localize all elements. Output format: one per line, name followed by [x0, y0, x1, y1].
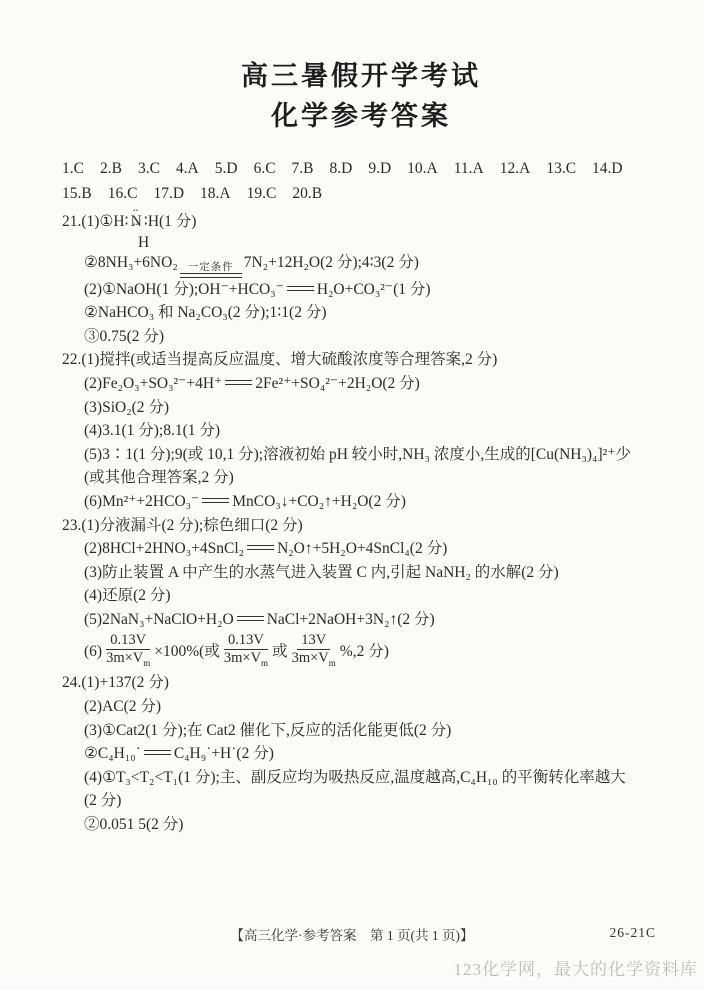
- double-line-equals-icon: [144, 750, 171, 755]
- mc-answer: 19.C: [247, 185, 277, 203]
- equation-right: 2Fe²⁺+SO₄²⁻+2H₂O(2 分): [255, 375, 420, 392]
- double-line-equals-icon: [247, 545, 274, 550]
- numerator: 0.13V: [106, 632, 150, 650]
- equation-left: (2)①NaOH(1 分);OH⁻+HCO₃⁻: [84, 281, 284, 298]
- fraction-connector: ×100%(或: [154, 640, 220, 664]
- mc-answer: 15.B: [62, 185, 92, 203]
- mc-row-2: 15.B 16.C 17.D 18.A 19.C 20.B: [62, 185, 660, 203]
- q22-line-5b: (或其他合理答案,2 分): [62, 466, 660, 490]
- q21-line-5: ③0.75(2 分): [62, 325, 660, 349]
- mc-answer: 16.C: [108, 185, 138, 203]
- site-watermark: 123化学网，最大的化学资料库: [454, 955, 699, 980]
- mc-answer: 9.D: [368, 160, 391, 178]
- fraction-1: 0.13V3m×Vm: [106, 632, 150, 672]
- bond-pair-dots: ¨: [133, 226, 139, 232]
- page-subtitle: 化学参考答案: [62, 96, 660, 136]
- mc-answer: 20.B: [292, 185, 322, 203]
- q21-lewis-suffix: ∶H(1 分): [144, 213, 197, 230]
- fraction-2: 0.13V3m×Vm: [224, 632, 268, 672]
- double-line-equals-icon: [237, 616, 264, 621]
- q24-line-4: ②C₄H₁₀˙C₄H₉˙+H˙(2 分): [62, 742, 660, 766]
- mc-answer: 13.C: [546, 160, 576, 178]
- mc-answer: 4.A: [176, 160, 199, 178]
- double-line-equals-icon: [202, 498, 229, 503]
- mc-answer: 18.A: [200, 185, 231, 203]
- reaction-condition-label: 一定条件: [188, 262, 234, 273]
- q24-line-3: (3)①Cat2(1 分);在 Cat2 催化下,反应的活化能更低(2 分): [62, 719, 660, 743]
- lewis-structure-nitrogen: ¨N¨: [129, 212, 144, 232]
- footer-caption: 【高三化学·参考答案 第 1 页(共 1 页)】: [0, 924, 704, 944]
- q21-lewis-prefix: 21.(1)①H∶: [62, 213, 129, 230]
- equation-left: (5)2NaN₃+NaClO+H₂O: [84, 611, 234, 628]
- q23-line-3: (3)防止装置 A 中产生的水蒸气进入装置 C 内,引起 NaNH₂ 的水解(2…: [62, 561, 660, 585]
- mc-answer: 14.D: [592, 160, 623, 178]
- denominator: 3m×Vm: [224, 650, 268, 672]
- mc-answer: 5.D: [215, 160, 238, 178]
- q24-line-5a: (4)①T₃<T₂<T₁(1 分);主、副反应均为吸热反应,温度越高,C₄H₁₀…: [62, 766, 660, 790]
- q24-line-1: 24.(1)+137(2 分): [62, 671, 660, 695]
- q24-line-6: ②0.051 5(2 分): [62, 813, 660, 837]
- denominator: 3m×Vm: [292, 650, 336, 672]
- q24-line-5b: (2 分): [62, 789, 660, 813]
- multiple-choice-answers: 1.C 2.B 3.C 4.A 5.D 6.C 7.B 8.D 9.D 10.A…: [62, 160, 660, 203]
- mc-row-1: 1.C 2.B 3.C 4.A 5.D 6.C 7.B 8.D 9.D 10.A…: [62, 160, 660, 178]
- q23-line-1: 23.(1)分液漏斗(2 分);棕色细口(2 分): [62, 514, 660, 538]
- double-line-equals-icon: [225, 380, 252, 385]
- q22-line-5a: (5)3∶1(1 分);9(或 10,1 分);溶液初始 pH 较小时,NH₃ …: [62, 443, 660, 467]
- mc-answer: 6.C: [254, 160, 276, 178]
- mc-answer: 17.D: [153, 185, 184, 203]
- equals-with-condition: 一定条件: [180, 262, 242, 278]
- q22-line-6: (6)Mn²⁺+2HCO₃⁻MnCO₃↓+CO₂↑+H₂O(2 分): [62, 490, 660, 514]
- answer-sheet-page: 高三暑假开学考试 化学参考答案 1.C 2.B 3.C 4.A 5.D 6.C …: [0, 0, 704, 990]
- numerator: 0.13V: [224, 632, 268, 650]
- q22-line-4: (4)3.1(1 分);8.1(1 分): [62, 419, 660, 443]
- q23-line-2: (2)8HCl+2HNO₃+4SnCl₂N₂O↑+5H₂O+4SnCl₄(2 分…: [62, 537, 660, 561]
- equation-right: C₄H₉˙+H˙(2 分): [174, 745, 274, 762]
- mc-answer: 7.B: [292, 160, 314, 178]
- mc-answer: 11.A: [454, 160, 484, 178]
- page-footer: 【高三化学·参考答案 第 1 页(共 1 页)】 26-21C: [0, 924, 704, 944]
- mc-answer: 12.A: [500, 160, 531, 178]
- numerator: 13V: [297, 632, 330, 650]
- item-number: (6): [84, 640, 102, 664]
- q21-line-2: ②8NH₃+6NO₂一定条件7N₂+12H₂O(2 分);4∶3(2 分): [62, 251, 660, 278]
- q23-line-5: (5)2NaN₃+NaClO+H₂ONaCl+2NaOH+3N₂↑(2 分): [62, 608, 660, 632]
- equation-left: ②8NH₃+6NO₂: [84, 254, 178, 271]
- score-note: %,2 分): [340, 640, 389, 664]
- q22-line-1: 22.(1)搅拌(或适当提高反应温度、增大硫酸浓度等合理答案,2 分): [62, 348, 660, 372]
- equation-left: (2)8HCl+2HNO₃+4SnCl₂: [84, 540, 244, 557]
- fraction-connector: 或: [272, 640, 288, 664]
- fraction-3: 13V3m×Vm: [292, 632, 336, 672]
- q21-line-3: (2)①NaOH(1 分);OH⁻+HCO₃⁻H₂O+CO₃²⁻(1 分): [62, 278, 660, 302]
- answers-body: 21.(1)①H∶¨N¨∶H(1 分) H ②8NH₃+6NO₂一定条件7N₂+…: [62, 210, 660, 837]
- q22-line-2: (2)Fe₂O₃+SO₃²⁻+4H⁺2Fe²⁺+SO₄²⁻+2H₂O(2 分): [62, 372, 660, 396]
- mc-answer: 1.C: [62, 160, 84, 178]
- q22-line-3: (3)SiO₂(2 分): [62, 396, 660, 420]
- q24-line-2: (2)AC(2 分): [62, 695, 660, 719]
- equation-right: MnCO₃↓+CO₂↑+H₂O(2 分): [232, 493, 406, 510]
- page-content: 高三暑假开学考试 化学参考答案 1.C 2.B 3.C 4.A 5.D 6.C …: [0, 0, 704, 837]
- double-line-equals-icon: [287, 286, 314, 291]
- mc-answer: 10.A: [407, 160, 438, 178]
- mc-answer: 8.D: [330, 160, 353, 178]
- lewis-structure-bottom-h: H: [62, 234, 660, 251]
- q21-line-4: ②NaHCO₃ 和 Na₂CO₃(2 分);1∶1(2 分): [62, 301, 660, 325]
- equation-left: ②C₄H₁₀˙: [84, 745, 141, 762]
- equation-left: (6)Mn²⁺+2HCO₃⁻: [84, 493, 199, 510]
- equation-right: N₂O↑+5H₂O+4SnCl₄(2 分): [277, 540, 447, 557]
- q23-line-6: (6) 0.13V3m×Vm ×100%(或 0.13V3m×Vm 或 13V3…: [62, 632, 660, 672]
- paper-code: 26-21C: [610, 925, 657, 941]
- mc-answer: 3.C: [138, 160, 160, 178]
- mc-answer: 2.B: [100, 160, 122, 178]
- equation-right: NaCl+2NaOH+3N₂↑(2 分): [267, 611, 435, 628]
- q21-lewis-line: 21.(1)①H∶¨N¨∶H(1 分): [62, 210, 660, 234]
- page-title: 高三暑假开学考试: [62, 56, 660, 96]
- double-line-equals-icon: [180, 273, 242, 278]
- equation-right: H₂O+CO₃²⁻(1 分): [317, 281, 431, 298]
- denominator: 3m×Vm: [106, 650, 150, 672]
- q23-line-4: (4)还原(2 分): [62, 584, 660, 608]
- equation-right: 7N₂+12H₂O(2 分);4∶3(2 分): [244, 254, 419, 271]
- equation-left: (2)Fe₂O₃+SO₃²⁻+4H⁺: [84, 375, 222, 392]
